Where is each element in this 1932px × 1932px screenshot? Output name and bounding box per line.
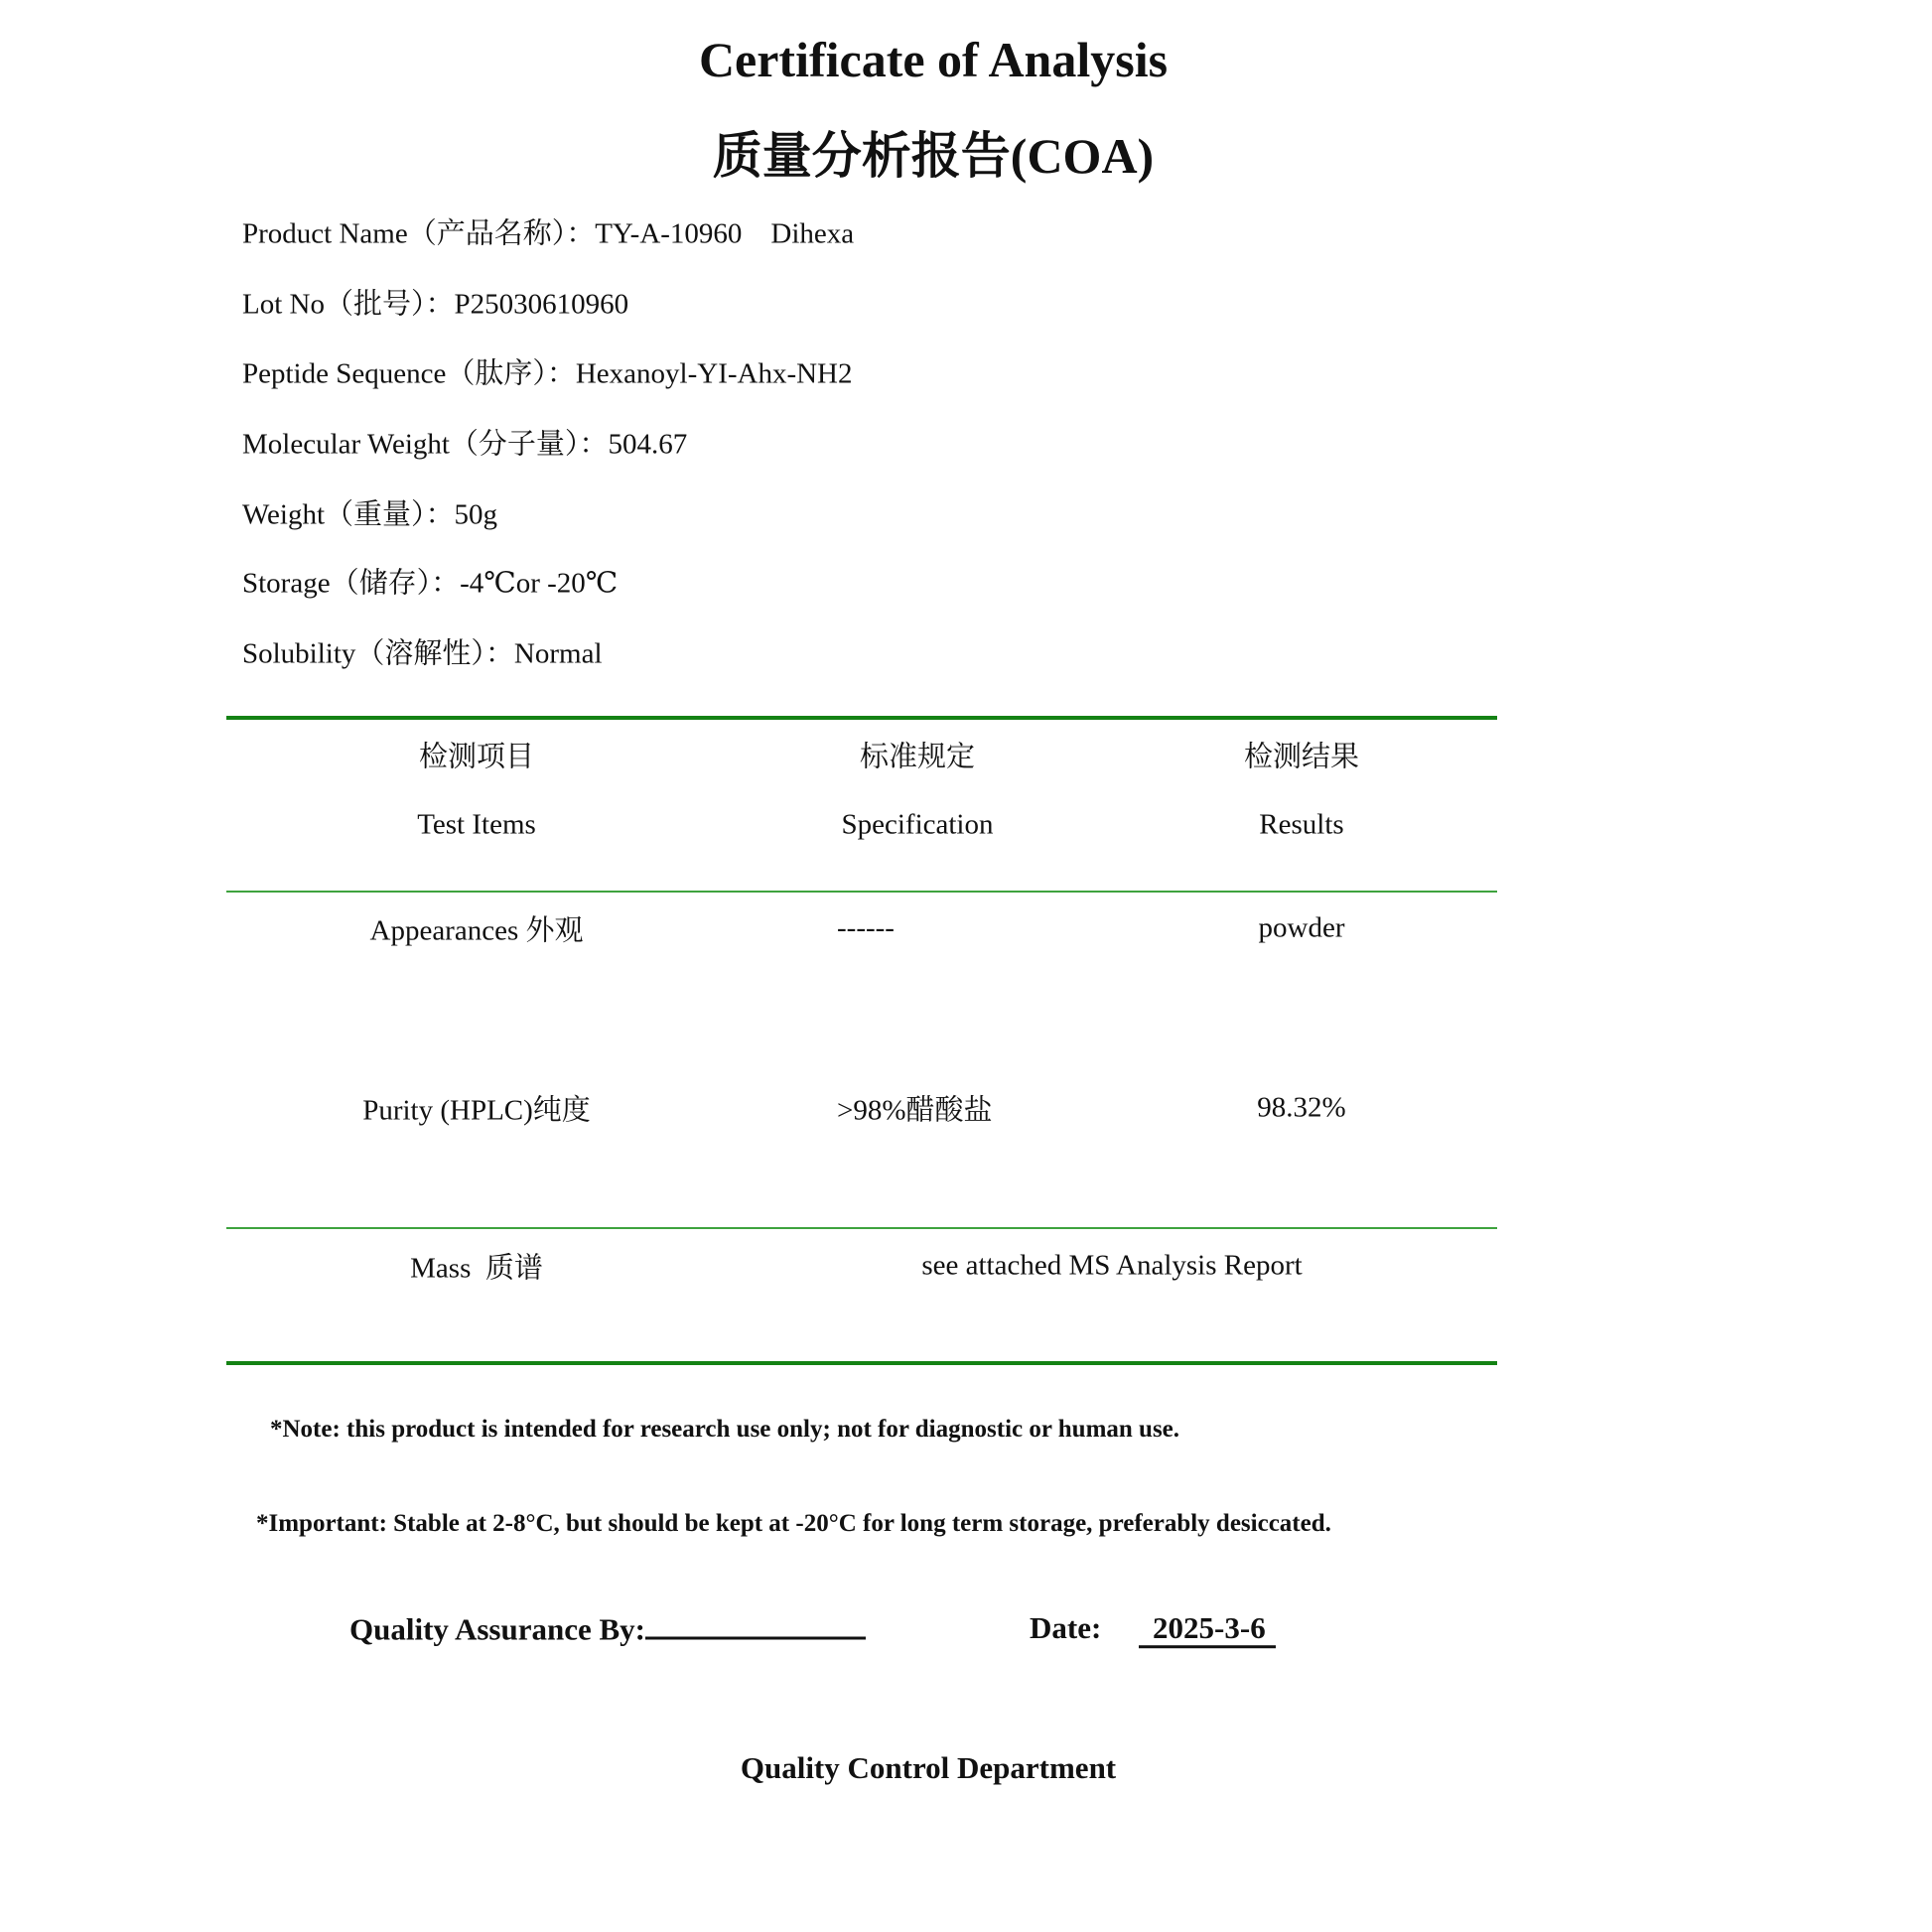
header-specification-cn: 标准规定 [860,735,975,775]
info-lot-no: Lot No（批号）：P25030610960 [242,282,628,323]
info-value: Hexanoyl-YI-Ahx-NH2 [576,358,853,390]
qa-label: Quality Assurance By: [349,1612,645,1647]
info-storage: Storage（储存）：-4℃or -20℃ [242,561,618,602]
table-rule-top [226,716,1497,720]
document-title: Certificate of Analysis [699,31,1168,88]
header-results-cn: 检测结果 [1244,735,1359,775]
info-value: 50g [455,499,498,531]
date-field: Date: 2025-3-6 [1030,1610,1276,1648]
date-value: 2025-3-6 [1139,1612,1276,1648]
table-rule-mid [226,1227,1497,1229]
info-label: Product Name（产品名称）： [242,218,595,250]
qa-signature-line [645,1611,866,1640]
info-value: -4℃or -20℃ [460,568,618,600]
info-label: Weight（重量）： [242,499,455,531]
info-product-name: Product Name（产品名称）：TY-A-10960 Dihexa [242,211,854,252]
qa-signature: Quality Assurance By: [349,1611,866,1648]
info-value: Normal [514,638,603,670]
info-label: Lot No（批号）： [242,289,454,321]
cell-item: Purity (HPLC)纯度 [362,1088,591,1129]
cell-spec-result: see attached MS Analysis Report [921,1250,1302,1283]
info-label: Molecular Weight（分子量）： [242,429,608,461]
info-value: 504.67 [608,429,687,461]
info-weight: Weight（重量）：50g [242,492,497,533]
info-molecular-weight: Molecular Weight（分子量）：504.67 [242,422,687,463]
cell-spec: ------ [837,912,895,945]
research-use-note: *Note: this product is intended for rese… [270,1416,1179,1444]
table-rule-bottom [226,1361,1497,1365]
info-value: TY-A-10960 Dihexa [595,218,854,250]
info-solubility: Solubility（溶解性）：Normal [242,631,603,672]
cell-result: 98.32% [1257,1092,1345,1125]
table-rule-header [226,891,1497,893]
info-label: Storage（储存）： [242,568,460,600]
cell-item: Mass 质谱 [410,1246,543,1287]
cell-result: powder [1259,912,1345,945]
cell-spec: >98%醋酸盐 [837,1088,993,1129]
info-label: Peptide Sequence（肽序）： [242,358,576,390]
storage-important-note: *Important: Stable at 2-8°C, but should … [256,1510,1331,1538]
header-test-items-en: Test Items [417,809,536,842]
header-test-items-cn: 检测项目 [419,735,534,775]
document-subtitle: 质量分析报告(COA) [713,116,1154,188]
department-name: Quality Control Department [741,1750,1116,1786]
header-results-en: Results [1259,809,1343,842]
info-value: P25030610960 [454,289,628,321]
header-specification-en: Specification [841,809,993,842]
cell-item: Appearances 外观 [370,908,584,949]
date-label: Date: [1030,1610,1101,1645]
info-peptide-sequence: Peptide Sequence（肽序）：Hexanoyl-YI-Ahx-NH2 [242,351,853,392]
info-label: Solubility（溶解性）： [242,638,514,670]
